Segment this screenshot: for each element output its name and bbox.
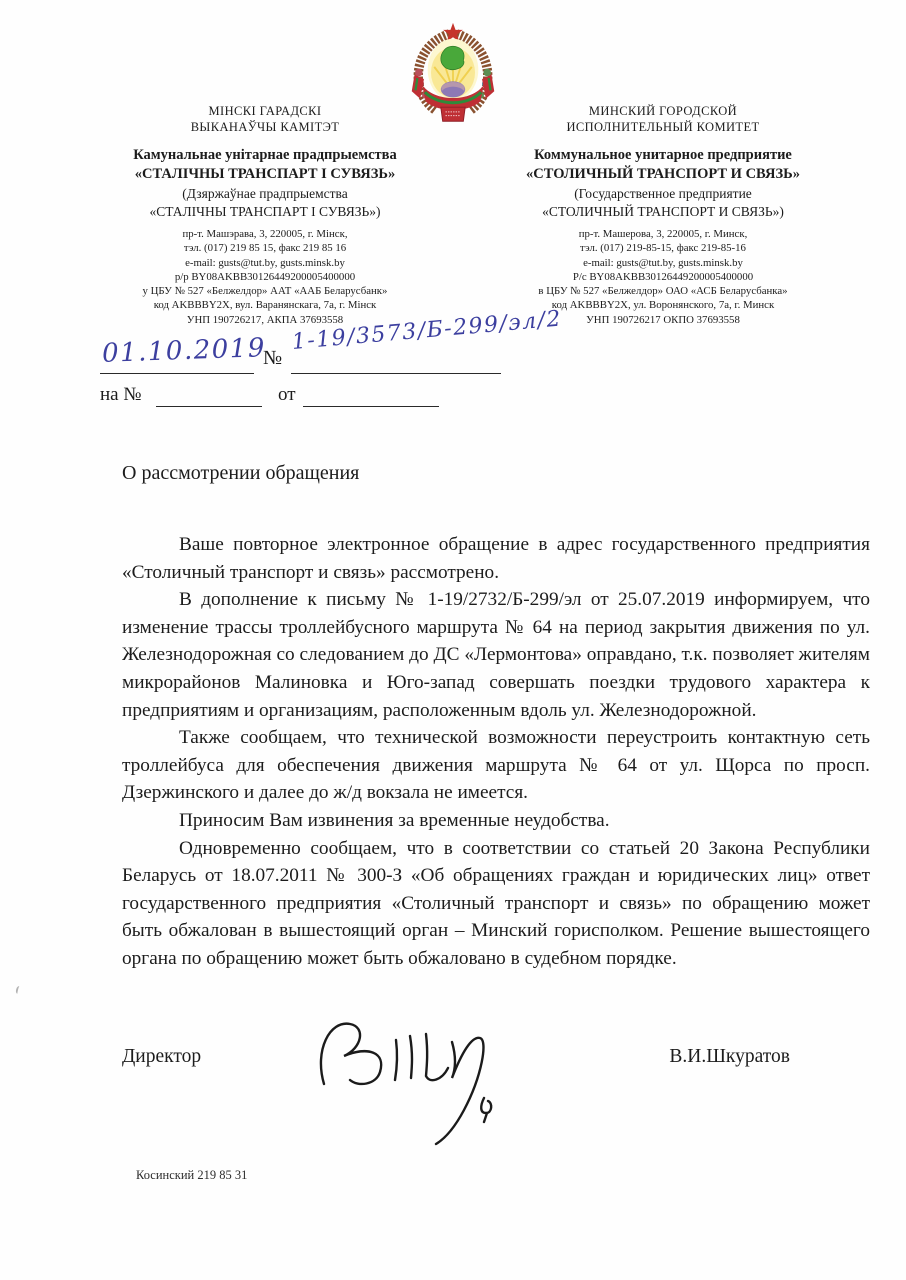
letter-body: Ваше повторное электронное обращение в а… [122,531,870,973]
committee-name-by: МІНСКІ ГАРАДСКІ ВЫКАНАЎЧЫ КАМІТЭТ [97,103,433,135]
reference-block: 01.10.2019 № 1-19/3573/Б-299/эл/2 на № о… [100,336,570,422]
body-paragraph: Приносим Вам извинения за временные неуд… [122,807,870,835]
letter-subject: О рассмотрении обращения [122,462,359,485]
date-underline [100,373,254,374]
signature-title: Директор [122,1046,201,1068]
number-underline [291,373,501,374]
body-paragraph: Одновременно сообщаем, что в соответстви… [122,835,870,973]
on-number-underline [156,406,262,407]
signature-row: Директор В.И.Шкуратов [122,1046,790,1068]
org-name-paren-by: (Дзяржаўнае прадпрыемства «СТАЛІЧНЫ ТРАН… [97,185,433,220]
body-paragraph: Также сообщаем, что технической возможно… [122,724,870,807]
signature-name: В.И.Шкуратов [669,1046,790,1068]
org-name-paren-ru: (Государственное предприятие «СТОЛИЧНЫЙ … [488,185,838,220]
committee-name-ru: МИНСКИЙ ГОРОДСКОЙ ИСПОЛНИТЕЛЬНЫЙ КОМИТЕТ [488,103,838,135]
letterhead-right-russian: МИНСКИЙ ГОРОДСКОЙ ИСПОЛНИТЕЛЬНЫЙ КОМИТЕТ… [488,103,838,327]
org-name-ru: Коммунальное унитарное предприятие «СТОЛ… [488,146,838,183]
letterhead-left-belarusian: МІНСКІ ГАРАДСКІ ВЫКАНАЎЧЫ КАМІТЭТ Камуна… [97,103,433,327]
org-name-by: Камунальнае унітарнае прадпрыемства «СТА… [97,146,433,183]
handwritten-date: 01.10.2019 [102,333,267,369]
org-address-by: пр-т. Машэрава, 3, 220005, г. Мінск, тэл… [97,227,433,327]
letterhead: МІНСКІ ГАРАДСКІ ВЫКАНАЎЧЫ КАМІТЭТ Камуна… [97,103,838,327]
executor-contact-line: Косинский 219 85 31 [136,1168,247,1183]
scan-artifact-mark [15,986,22,995]
from-date-underline [303,406,439,407]
body-paragraph: Ваше повторное электронное обращение в а… [122,531,870,586]
director-signature-icon [308,998,523,1153]
number-sign-label: № [263,347,282,370]
scanned-letter-page: МІНСКІ ГАРАДСКІ ВЫКАНАЎЧЫ КАМІТЭТ Камуна… [0,0,906,1280]
from-date-label: от [278,384,296,406]
on-number-label: на № [100,384,141,406]
body-paragraph: В дополнение к письму № 1-19/2732/Б-299/… [122,586,870,724]
